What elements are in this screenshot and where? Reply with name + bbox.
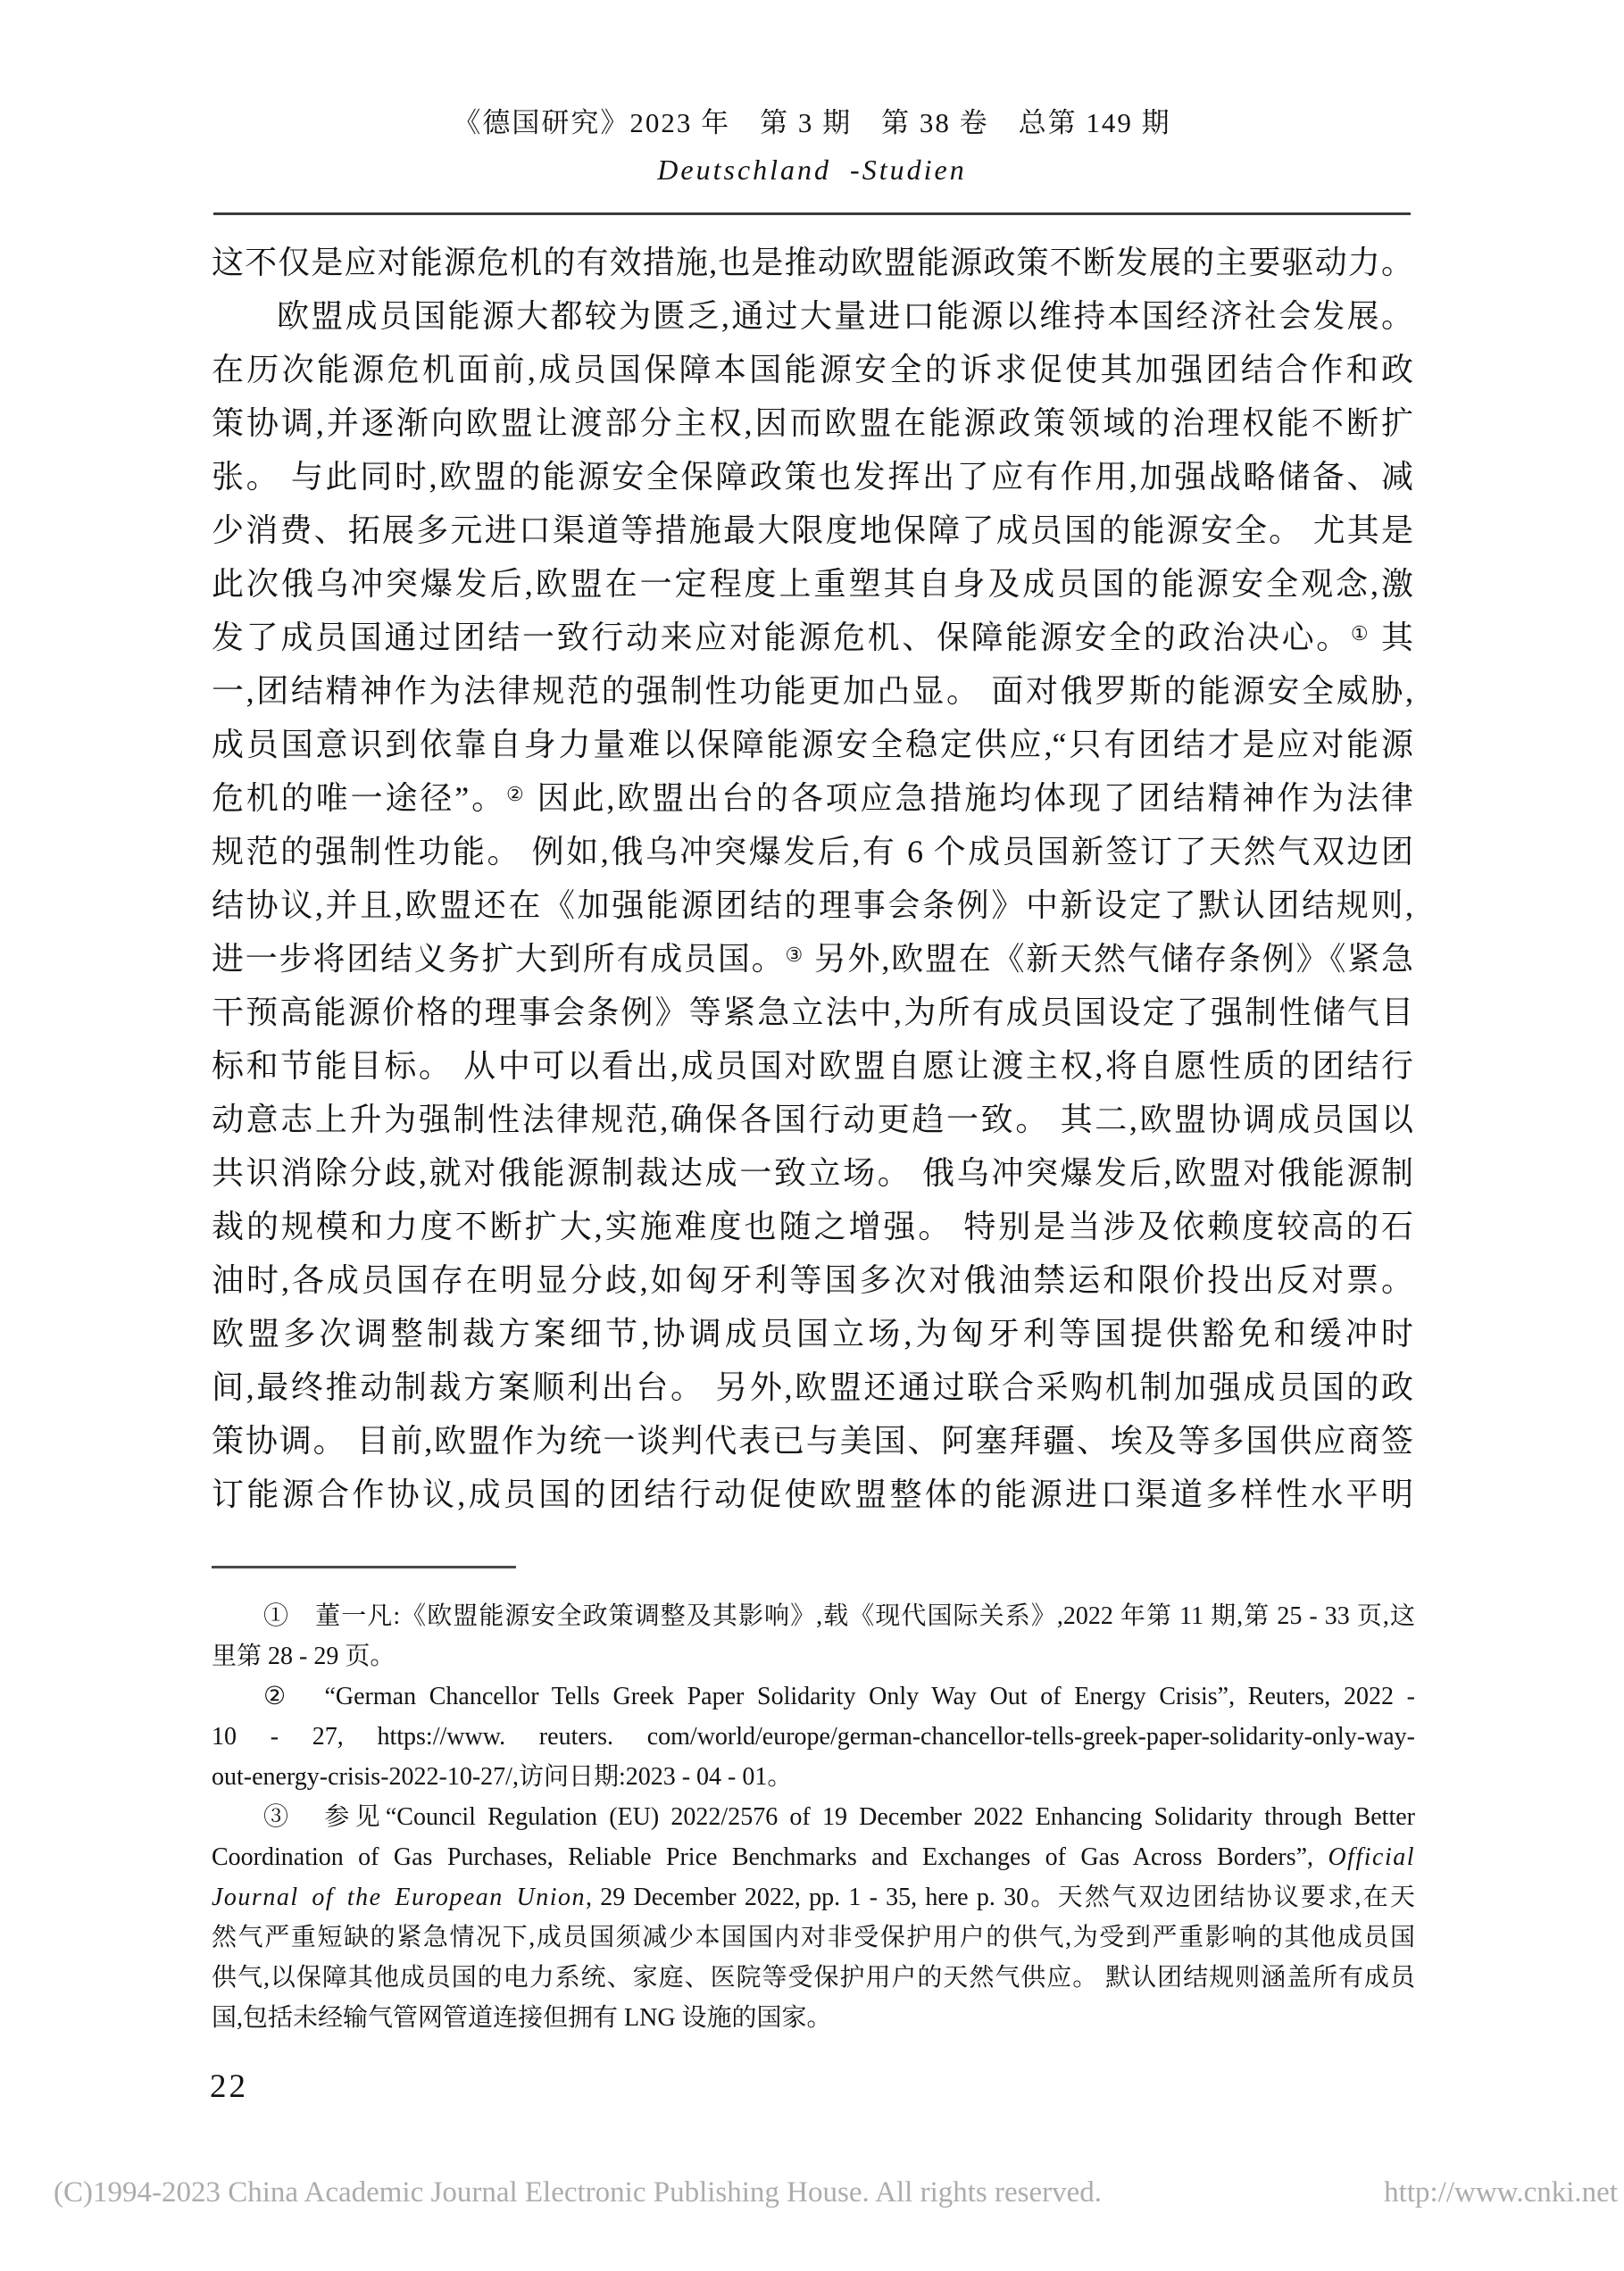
italic-citation: Journal of the European Union	[212, 1884, 586, 1911]
fn-line: 国,包括未经输气管网管道连接但拥有 LNG 设施的国家。	[212, 1998, 1415, 2038]
body-line: 规范的强制性功能。 例如,俄乌冲突爆发后,有 6 个成员国新签订了天然气双边团	[212, 825, 1413, 878]
watermark-url: http://www.cnki.net	[1384, 2176, 1618, 2209]
fn-line: 供气,以保障其他成员国的电力系统、家庭、医院等受保护用户的天然气供应。 默认团结…	[212, 1958, 1415, 1998]
body-line: 策协调。 目前,欧盟作为统一谈判代表已与美国、阿塞拜疆、埃及等多国供应商签	[212, 1414, 1413, 1468]
journal-header: 《德国研究》2023 年 第 3 期 第 38 卷 总第 149 期	[0, 100, 1624, 140]
watermark-copyright: (C)1994-2023 China Academic Journal Elec…	[54, 2176, 1102, 2209]
body-line: 间,最终推动制裁方案顺利出台。 另外,欧盟还通过联合采购机制加强成员国的政	[212, 1360, 1413, 1414]
fn-line: 里第 28 - 29 页。	[212, 1636, 1415, 1676]
body-line: 欧盟多次调整制裁方案细节,协调成员国立场,为匈牙利等国提供豁免和缓冲时	[212, 1307, 1413, 1360]
body-line: 裁的规模和力度不断扩大,实施难度也随之增强。 特别是当涉及依赖度较高的石	[212, 1200, 1413, 1253]
page-number: 22	[210, 2067, 248, 2106]
body-line: 张。 与此同时,欧盟的能源安全保障政策也发挥出了应有作用,加强战略储备、减	[212, 450, 1413, 503]
body-line: 少消费、拓展多元进口渠道等措施最大限度地保障了成员国的能源安全。 尤其是	[212, 503, 1413, 557]
italic-citation: Official	[1328, 1843, 1415, 1871]
watermark: (C)1994-2023 China Academic Journal Elec…	[54, 2176, 1618, 2209]
body-line: 标和节能目标。 从中可以看出,成员国对欧盟自愿让渡主权,将自愿性质的团结行	[212, 1039, 1413, 1093]
body-line: 成员国意识到依靠自身力量难以保障能源安全稳定供应,“只有团结才是应对能源	[212, 718, 1413, 771]
body-line: 订能源合作协议,成员国的团结行动促使欧盟整体的能源进口渠道多样性水平明	[212, 1468, 1413, 1521]
body-line: 危机的唯一途径”。② 因此,欧盟出台的各项应急措施均体现了团结精神作为法律	[212, 771, 1413, 825]
body-line: 进一步将团结义务扩大到所有成员国。③ 另外,欧盟在《新天然气储存条例》《紧急	[212, 932, 1413, 986]
body-line: 这不仅是应对能源危机的有效措施,也是推动欧盟能源政策不断发展的主要驱动力。	[212, 236, 1413, 289]
body-line: 一,团结精神作为法律规范的强制性功能更加凸显。 面对俄罗斯的能源安全威胁,	[212, 664, 1413, 718]
article-body: 这不仅是应对能源危机的有效措施,也是推动欧盟能源政策不断发展的主要驱动力。欧盟成…	[212, 236, 1413, 1521]
body-line: 欧盟成员国能源大都较为匮乏,通过大量进口能源以维持本国经济社会发展。	[212, 289, 1413, 343]
body-line: 干预高能源价格的理事会条例》等紧急立法中,为所有成员国设定了强制性储气目	[212, 986, 1413, 1039]
fn-line: 然气严重短缺的紧急情况下,成员国须减少本国国内对非受保护用户的供气,为受到严重影…	[212, 1917, 1415, 1958]
body-line: 动意志上升为强制性法律规范,确保各国行动更趋一致。 其二,欧盟协调成员国以	[212, 1093, 1413, 1146]
footnote-ref-marker: ③	[785, 944, 804, 966]
footnote-ref-marker: ①	[1351, 622, 1370, 645]
fn-line: ① 董一凡:《欧盟能源安全政策调整及其影响》,载《现代国际关系》,2022 年第…	[212, 1596, 1415, 1636]
fn-line: Journal of the European Union, 29 Decemb…	[212, 1877, 1415, 1917]
journal-subtitle: Deutschland -Studien	[0, 154, 1624, 187]
footnotes: ① 董一凡:《欧盟能源安全政策调整及其影响》,载《现代国际关系》,2022 年第…	[212, 1596, 1415, 2038]
body-line: 共识消除分歧,就对俄能源制裁达成一致立场。 俄乌冲突爆发后,欧盟对俄能源制	[212, 1146, 1413, 1200]
fn-line: ③ 参见“Council Regulation (EU) 2022/2576 o…	[212, 1797, 1415, 1837]
body-line: 结协议,并且,欧盟还在《加强能源团结的理事会条例》中新设定了默认团结规则,	[212, 878, 1413, 932]
header-rule	[213, 212, 1411, 215]
fn-line: Coordination of Gas Purchases, Reliable …	[212, 1837, 1415, 1877]
footnote-separator	[212, 1566, 516, 1568]
body-line: 此次俄乌冲突爆发后,欧盟在一定程度上重塑其自身及成员国的能源安全观念,激	[212, 557, 1413, 611]
footnote-ref-marker: ②	[506, 783, 527, 805]
body-line: 策协调,并逐渐向欧盟让渡部分主权,因而欧盟在能源政策领域的治理权能不断扩	[212, 396, 1413, 450]
fn-line: ② “German Chancellor Tells Greek Paper S…	[212, 1676, 1415, 1717]
body-line: 发了成员国通过团结一致行动来应对能源危机、保障能源安全的政治决心。① 其	[212, 611, 1413, 664]
fn-line: out-energy-crisis-2022-10-27/,访问日期:2023 …	[212, 1757, 1415, 1797]
body-line: 在历次能源危机面前,成员国保障本国能源安全的诉求促使其加强团结合作和政	[212, 343, 1413, 396]
fn-line: 10 - 27, https://www. reuters. com/world…	[212, 1717, 1415, 1757]
document-page: 《德国研究》2023 年 第 3 期 第 38 卷 总第 149 期 Deuts…	[0, 0, 1624, 2271]
body-line: 油时,各成员国存在明显分歧,如匈牙利等国多次对俄油禁运和限价投出反对票。	[212, 1253, 1413, 1307]
